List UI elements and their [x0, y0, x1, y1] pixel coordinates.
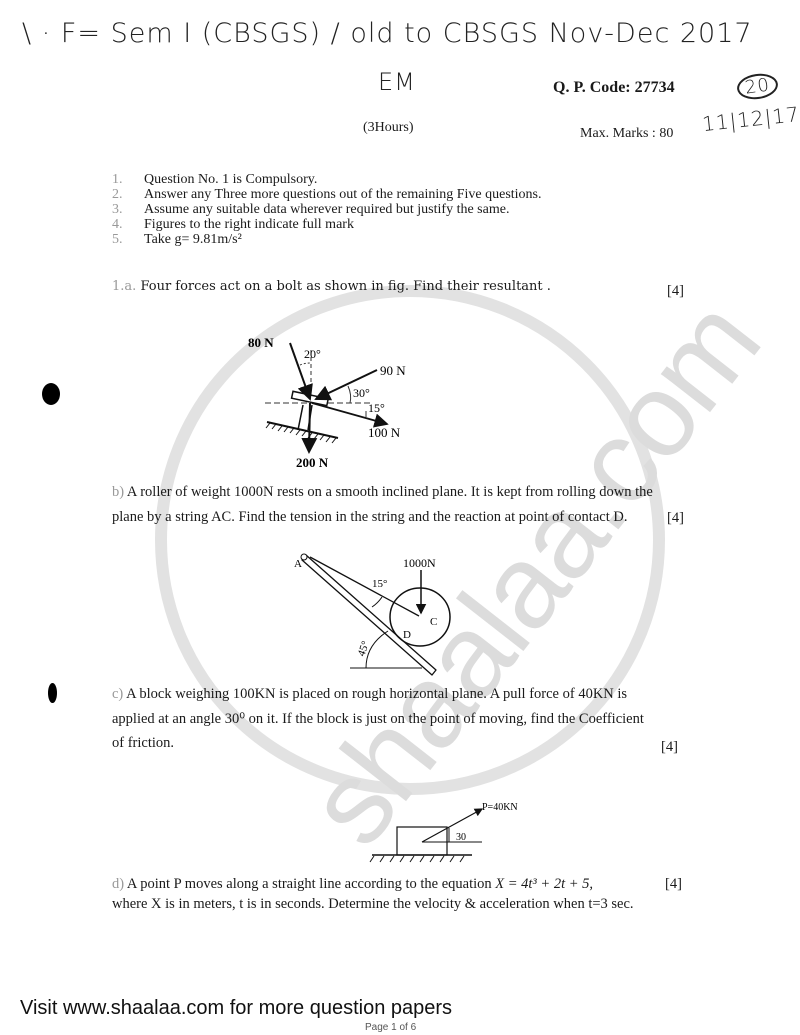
- footer-visit-link[interactable]: Visit www.shaalaa.com for more question …: [20, 997, 452, 1020]
- exam-duration: (3Hours): [363, 120, 414, 136]
- marks-1b: [4]: [667, 510, 684, 527]
- equation: X = 4t³ + 2t + 5,: [495, 876, 593, 892]
- marks-1d: [4]: [665, 876, 682, 893]
- instruction-item: 1.Question No. 1 is Compulsory.: [112, 172, 542, 187]
- qp-code: Q. P. Code: 27734: [553, 79, 675, 97]
- question-1a: 1.a. Four forces act on a bolt as shown …: [112, 277, 551, 297]
- scan-mark: [42, 383, 60, 405]
- svg-text:15°: 15°: [372, 578, 387, 590]
- instruction-item: 4.Figures to the right indicate full mar…: [112, 217, 542, 232]
- svg-text:C: C: [430, 616, 437, 628]
- svg-text:30°: 30°: [353, 386, 370, 400]
- svg-text:A: A: [294, 558, 302, 570]
- handwritten-date: 11|12|17: [701, 102, 800, 136]
- scan-mark: [48, 683, 57, 703]
- page-number: Page 1 of 6: [365, 1022, 416, 1033]
- figure-roller-incline: A 1000N 15° C D 45°: [280, 545, 480, 680]
- question-1b: b) A roller of weight 1000N rests on a s…: [112, 482, 653, 527]
- svg-text:20°: 20°: [304, 347, 321, 361]
- marks-1c: [4]: [661, 739, 678, 756]
- max-marks: Max. Marks : 80: [580, 126, 673, 142]
- svg-text:P=40KN: P=40KN: [482, 802, 518, 813]
- svg-text:200 N: 200 N: [296, 455, 329, 470]
- svg-text:80 N: 80 N: [248, 335, 274, 350]
- svg-text:90 N: 90 N: [380, 363, 406, 378]
- svg-text:1000N: 1000N: [403, 556, 436, 570]
- question-1d: d) A point P moves along a straight line…: [112, 874, 634, 914]
- instruction-item: 2.Answer any Three more questions out of…: [112, 187, 542, 202]
- marks-1a: [4]: [667, 283, 684, 300]
- figure-block-pull: P=40KN 30: [360, 770, 540, 865]
- instruction-item: 5.Take g= 9.81m/s²: [112, 232, 542, 247]
- handwritten-exam-title: \ · F= Sem I (CBSGS) / old to CBSGS Nov-…: [22, 18, 753, 49]
- instructions-list: 1.Question No. 1 is Compulsory. 2.Answer…: [112, 172, 542, 247]
- svg-text:100 N: 100 N: [368, 425, 401, 440]
- svg-text:30: 30: [456, 832, 466, 843]
- instruction-item: 3.Assume any suitable data wherever requ…: [112, 202, 542, 217]
- handwritten-subject: EM: [378, 68, 416, 96]
- svg-text:45°: 45°: [356, 639, 373, 658]
- svg-text:15°: 15°: [368, 401, 385, 415]
- circled-number: 20: [735, 71, 779, 101]
- svg-text:D: D: [403, 629, 411, 641]
- question-1c: c) A block weighing 100KN is placed on r…: [112, 684, 644, 753]
- figure-bolt-forces: 80 N 20° 90 N 30° 15° 100 N 200 N: [240, 325, 440, 475]
